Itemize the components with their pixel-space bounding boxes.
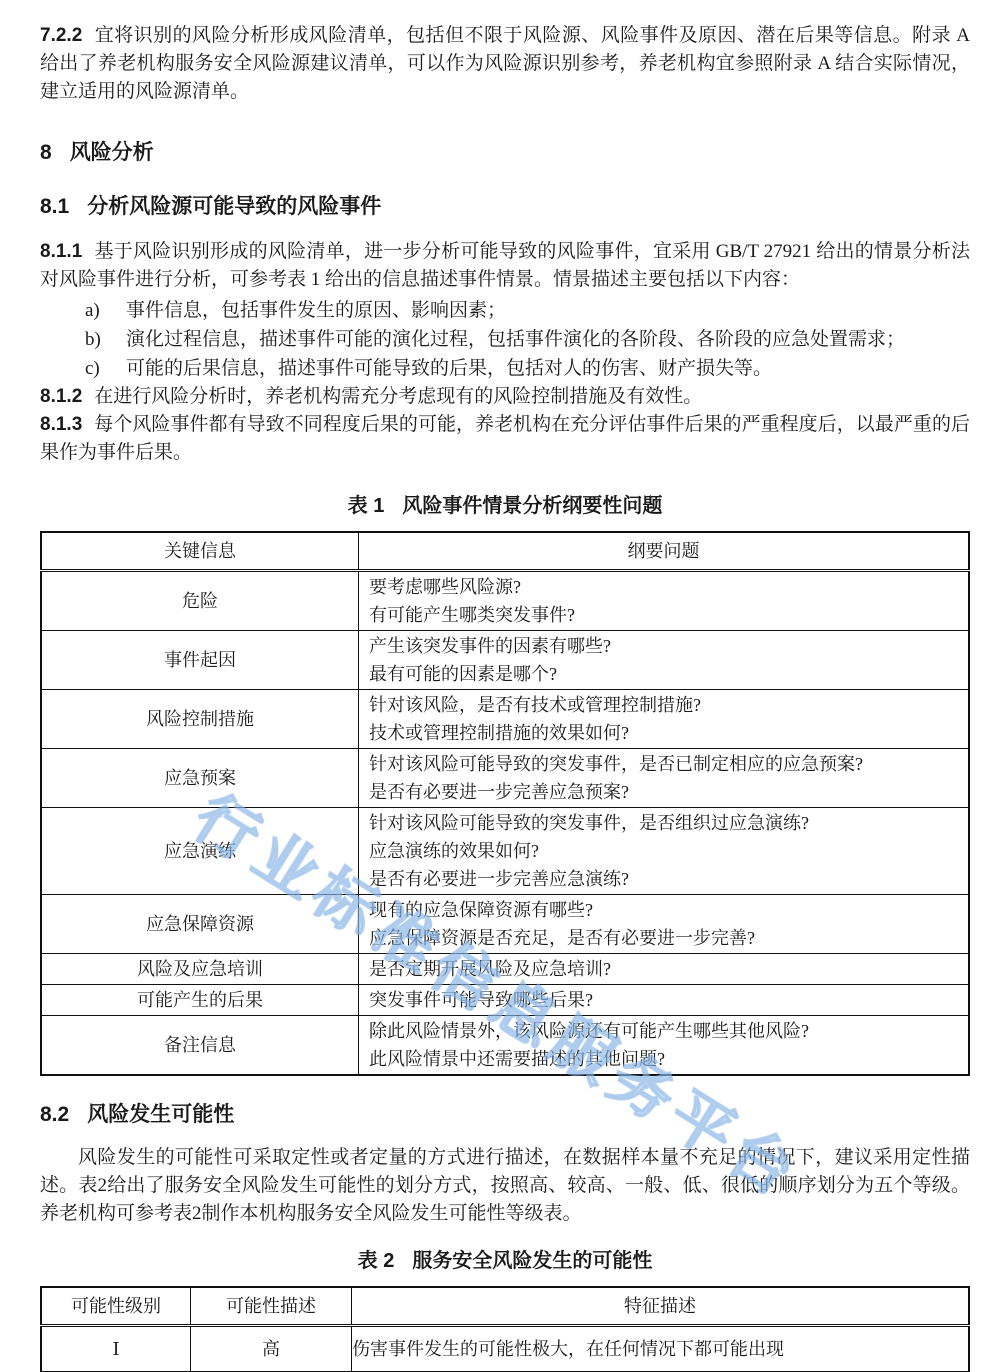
key-info-cell: 风险控制措施 <box>41 690 359 749</box>
clause-number: 8.1.1 <box>40 241 82 262</box>
question-line: 是否有必要进一步完善应急演练? <box>369 865 968 893</box>
list-item-c: c)可能的后果信息，描述事件可能导致的后果，包括对人的伤害、财产损失等。 <box>85 354 970 383</box>
section-title: 分析风险源可能导致的风险事件 <box>87 195 381 218</box>
column-header-likelihood-desc: 可能性描述 <box>191 1287 352 1326</box>
key-info-cell: 可能产生的后果 <box>41 985 359 1016</box>
clause-8-2-text: 风险发生的可能性可采取定性或者定量的方式进行描述，在数据样本量不充足的情况下，建… <box>40 1144 970 1228</box>
section-number: 8.1 <box>40 195 69 218</box>
questions-cell: 针对该风险可能导致的突发事件，是否已制定相应的应急预案? 是否有必要进一步完善应… <box>359 749 970 808</box>
key-info-cell: 应急保障资源 <box>41 895 359 954</box>
questions-cell: 针对该风险，是否有技术或管理控制措施? 技术或管理控制措施的效果如何? <box>359 690 970 749</box>
key-info-cell: 应急预案 <box>41 749 359 808</box>
question-line: 有可能产生哪类突发事件? <box>369 601 968 629</box>
key-info-cell: 事件起因 <box>41 631 359 690</box>
section-heading-8-2: 8.2风险发生可能性 <box>40 1102 970 1128</box>
table-header-row: 关键信息 纲要问题 <box>41 532 969 571</box>
list-item-a: a)事件信息，包括事件发生的原因、影响因素； <box>85 296 970 325</box>
question-line: 针对该风险可能导致的突发事件，是否组织过应急演练? <box>369 809 968 837</box>
table-caption-title: 风险事件情景分析纲要性问题 <box>402 495 662 517</box>
key-info-cell: 风险及应急培训 <box>41 954 359 985</box>
table-risk-likelihood: 可能性级别 可能性描述 特征描述 Ⅰ 高 伤害事件发生的可能性极大，在任何情况下… <box>40 1286 970 1372</box>
questions-cell: 现有的应急保障资源有哪些? 应急保障资源是否充足，是否有必要进一步完善? <box>359 895 970 954</box>
list-marker: a) <box>85 296 126 325</box>
clause-8-1-2: 8.1.2在进行风险分析时，养老机构需充分考虑现有的风险控制措施及有效性。 <box>40 383 970 411</box>
questions-cell: 要考虑哪些风险源? 有可能产生哪类突发事件? <box>359 571 970 631</box>
list-item-text: 可能的后果信息，描述事件可能导致的后果，包括对人的伤害、财产损失等。 <box>126 358 772 379</box>
key-info-cell: 备注信息 <box>41 1016 359 1076</box>
column-header-characteristic-desc: 特征描述 <box>352 1287 970 1326</box>
question-line: 针对该风险，是否有技术或管理控制措施? <box>369 691 968 719</box>
list-marker: b) <box>85 325 126 354</box>
table-row: 事件起因 产生该突发事件的因素有哪些? 最有可能的因素是哪个? <box>41 631 969 690</box>
table1-caption: 表 1风险事件情景分析纲要性问题 <box>40 493 970 519</box>
table-row: 危险 要考虑哪些风险源? 有可能产生哪类突发事件? <box>41 571 969 631</box>
questions-cell: 除此风险情景外，该风险源还有可能产生哪些其他风险? 此风险情景中还需要描述的其他… <box>359 1016 970 1076</box>
section-heading-8: 8风险分析 <box>40 140 970 166</box>
table-row: 应急预案 针对该风险可能导致的突发事件，是否已制定相应的应急预案? 是否有必要进… <box>41 749 969 808</box>
question-line: 是否定期开展风险及应急培训? <box>369 955 968 983</box>
clause-text: 宜将识别的风险分析形成风险清单，包括但不限于风险源、风险事件及原因、潜在后果等信… <box>40 25 970 102</box>
list-item-text: 事件信息，包括事件发生的原因、影响因素； <box>126 300 506 321</box>
question-line: 突发事件可能导致哪些后果? <box>369 986 968 1014</box>
section-number: 8.2 <box>40 1103 69 1126</box>
table-caption-title: 服务安全风险发生的可能性 <box>412 1250 652 1272</box>
table-header-row: 可能性级别 可能性描述 特征描述 <box>41 1287 969 1326</box>
clause-8-1-1: 8.1.1基于风险识别形成的风险清单，进一步分析可能导致的风险事件，宜采用 GB… <box>40 238 970 294</box>
question-line: 针对该风险可能导致的突发事件，是否已制定相应的应急预案? <box>369 750 968 778</box>
table-row: 风险及应急培训 是否定期开展风险及应急培训? <box>41 954 969 985</box>
question-line: 技术或管理控制措施的效果如何? <box>369 719 968 747</box>
likelihood-desc-cell: 高 <box>191 1326 352 1372</box>
table-row: 风险控制措施 针对该风险，是否有技术或管理控制措施? 技术或管理控制措施的效果如… <box>41 690 969 749</box>
clause-8-1-3: 8.1.3每个风险事件都有导致不同程度后果的可能，养老机构在充分评估事件后果的严… <box>40 411 970 467</box>
question-line: 产生该突发事件的因素有哪些? <box>369 632 968 660</box>
list-item-b: b)演化过程信息，描述事件可能的演化过程，包括事件演化的各阶段、各阶段的应急处置… <box>85 325 970 354</box>
question-line: 此风险情景中还需要描述的其他问题? <box>369 1045 968 1073</box>
column-header-likelihood-level: 可能性级别 <box>41 1287 191 1326</box>
question-line: 应急保障资源是否充足，是否有必要进一步完善? <box>369 924 968 952</box>
questions-cell: 突发事件可能导致哪些后果? <box>359 985 970 1016</box>
question-line: 最有可能的因素是哪个? <box>369 660 968 688</box>
clause-7-2-2: 7.2.2宜将识别的风险分析形成风险清单，包括但不限于风险源、风险事件及原因、潜… <box>40 22 970 106</box>
table-scenario-analysis: 关键信息 纲要问题 危险 要考虑哪些风险源? 有可能产生哪类突发事件? 事件起因… <box>40 531 970 1076</box>
question-line: 现有的应急保障资源有哪些? <box>369 896 968 924</box>
table-caption-label: 表 2 <box>358 1250 395 1272</box>
section-heading-8-1: 8.1分析风险源可能导致的风险事件 <box>40 194 970 220</box>
question-line: 应急演练的效果如何? <box>369 837 968 865</box>
clause-text: 在进行风险分析时，养老机构需充分考虑现有的风险控制措施及有效性。 <box>94 386 702 407</box>
question-line: 除此风险情景外，该风险源还有可能产生哪些其他风险? <box>369 1017 968 1045</box>
question-line: 要考虑哪些风险源? <box>369 573 968 601</box>
column-header-key-info: 关键信息 <box>41 532 359 571</box>
clause-number: 7.2.2 <box>40 25 82 46</box>
questions-cell: 产生该突发事件的因素有哪些? 最有可能的因素是哪个? <box>359 631 970 690</box>
key-info-cell: 危险 <box>41 571 359 631</box>
column-header-outline-questions: 纲要问题 <box>359 532 970 571</box>
likelihood-level-cell: Ⅰ <box>41 1326 191 1372</box>
clause-number: 8.1.3 <box>40 414 82 435</box>
table-row: 应急保障资源 现有的应急保障资源有哪些? 应急保障资源是否充足，是否有必要进一步… <box>41 895 969 954</box>
question-line: 是否有必要进一步完善应急预案? <box>369 778 968 806</box>
table-row: 备注信息 除此风险情景外，该风险源还有可能产生哪些其他风险? 此风险情景中还需要… <box>41 1016 969 1076</box>
table-row: 应急演练 针对该风险可能导致的突发事件，是否组织过应急演练? 应急演练的效果如何… <box>41 808 969 895</box>
table-row: 可能产生的后果 突发事件可能导致哪些后果? <box>41 985 969 1016</box>
table-row: Ⅰ 高 伤害事件发生的可能性极大，在任何情况下都可能出现 <box>41 1326 969 1372</box>
section-number: 8 <box>40 141 52 164</box>
clause-text: 每个风险事件都有导致不同程度后果的可能，养老机构在充分评估事件后果的严重程度后，… <box>40 414 970 463</box>
questions-cell: 针对该风险可能导致的突发事件，是否组织过应急演练? 应急演练的效果如何? 是否有… <box>359 808 970 895</box>
document-page: 行业标准信息服务平台 7.2.2宜将识别的风险分析形成风险清单，包括但不限于风险… <box>0 0 1004 1372</box>
table-caption-label: 表 1 <box>348 495 385 517</box>
section-title: 风险分析 <box>70 141 154 164</box>
section-title: 风险发生可能性 <box>87 1103 234 1126</box>
list-marker: c) <box>85 354 126 383</box>
enumerated-list: a)事件信息，包括事件发生的原因、影响因素； b)演化过程信息，描述事件可能的演… <box>40 296 970 383</box>
clause-number: 8.1.2 <box>40 386 82 407</box>
questions-cell: 是否定期开展风险及应急培训? <box>359 954 970 985</box>
characteristic-desc-cell: 伤害事件发生的可能性极大，在任何情况下都可能出现 <box>352 1326 970 1372</box>
key-info-cell: 应急演练 <box>41 808 359 895</box>
table2-caption: 表 2服务安全风险发生的可能性 <box>40 1248 970 1274</box>
clause-text: 基于风险识别形成的风险清单，进一步分析可能导致的风险事件，宜采用 GB/T 27… <box>40 241 970 290</box>
list-item-text: 演化过程信息，描述事件可能的演化过程，包括事件演化的各阶段、各阶段的应急处置需求… <box>126 329 905 350</box>
